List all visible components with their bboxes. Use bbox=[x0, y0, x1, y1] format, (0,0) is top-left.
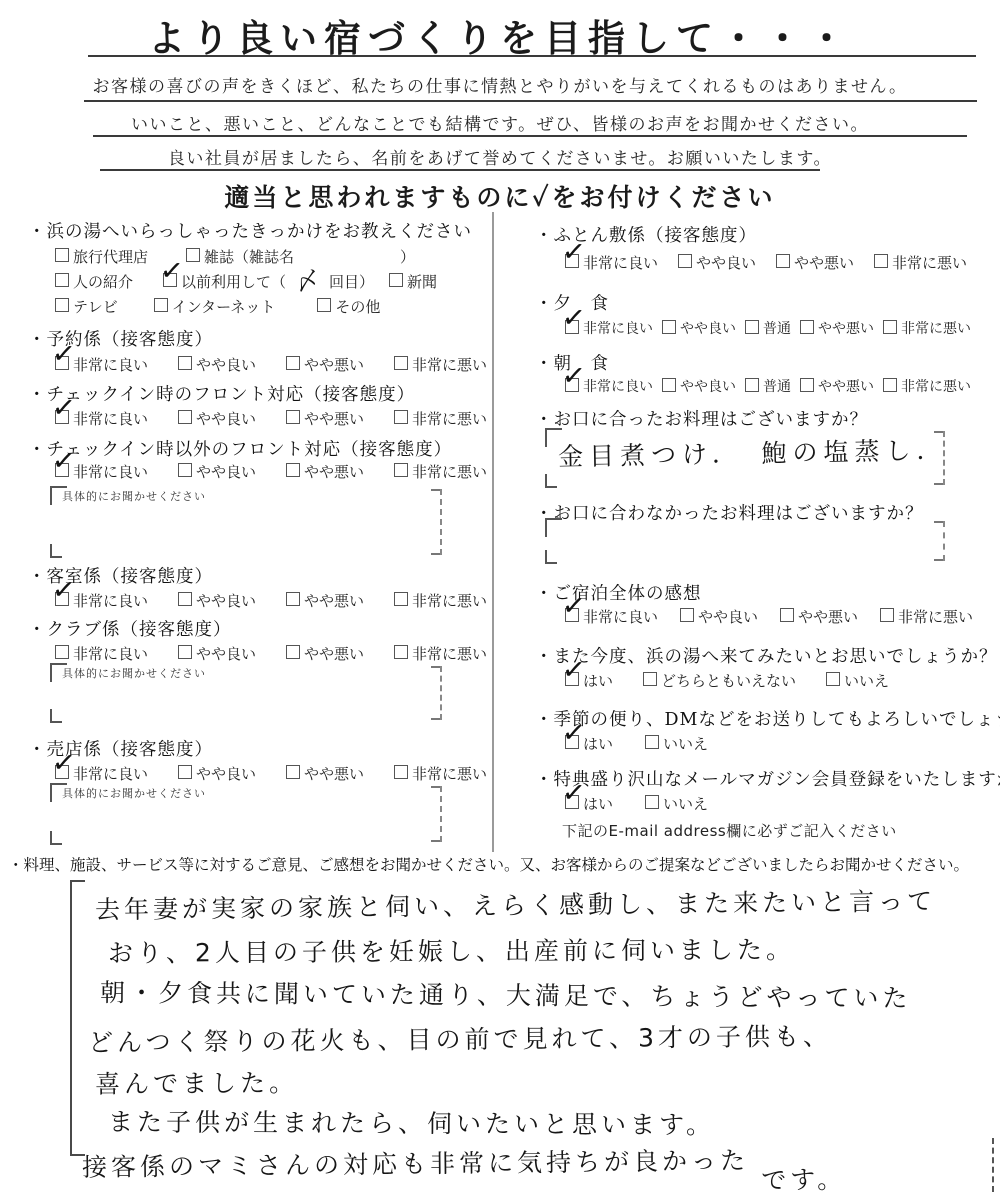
box-right-edge bbox=[433, 786, 442, 842]
option-internet[interactable]: インターネット bbox=[154, 296, 276, 317]
checkbox bbox=[883, 320, 897, 334]
checkbox bbox=[800, 378, 814, 392]
checkbox bbox=[394, 592, 408, 606]
rating-somewhat-bad[interactable]: やや悪い bbox=[286, 643, 364, 664]
rating-very-good[interactable]: ✓非常に良い bbox=[565, 318, 653, 338]
option-newspaper[interactable]: 新聞 bbox=[389, 271, 437, 292]
question-breakfast: ・朝 食 bbox=[535, 350, 609, 375]
column-divider bbox=[492, 212, 494, 852]
checkbox bbox=[745, 320, 759, 334]
mailmagazine-options: ✓はい いいえ bbox=[565, 793, 708, 814]
checkbox bbox=[826, 672, 840, 686]
rating-somewhat-bad[interactable]: やや悪い bbox=[800, 318, 874, 338]
checkbox bbox=[662, 320, 676, 334]
comment-box-right-bracket bbox=[984, 1138, 994, 1192]
rating-somewhat-good[interactable]: やや良い bbox=[178, 763, 256, 784]
rating-very-good[interactable]: ✓非常に良い bbox=[55, 354, 148, 375]
checkbox: ✓ bbox=[565, 254, 579, 268]
rating-very-good[interactable]: ✓非常に良い bbox=[55, 461, 148, 482]
rating-somewhat-good[interactable]: やや良い bbox=[178, 590, 256, 611]
box-right-edge bbox=[936, 521, 945, 561]
slogan-3: 良い社員が居ましたら、名前をあげて誉めてくださいませ。お願いいたします。 bbox=[0, 144, 1000, 169]
checkbox bbox=[745, 378, 759, 392]
checkbox: ✓ bbox=[565, 320, 579, 334]
box-right-edge bbox=[433, 489, 442, 555]
checkbox bbox=[776, 254, 790, 268]
checkbox bbox=[874, 254, 888, 268]
checkbox bbox=[880, 608, 894, 622]
checkin-front-options: ✓非常に良い やや良い やや悪い 非常に悪い bbox=[55, 408, 487, 429]
rating-somewhat-bad[interactable]: やや悪い bbox=[286, 408, 364, 429]
rating-somewhat-bad[interactable]: やや悪い bbox=[286, 354, 364, 375]
rating-average[interactable]: 普通 bbox=[745, 318, 791, 338]
checkbox bbox=[186, 248, 200, 262]
rating-somewhat-bad[interactable]: やや悪い bbox=[286, 461, 364, 482]
rating-very-good[interactable]: ✓非常に良い bbox=[55, 590, 148, 611]
checkbox: ✓ bbox=[55, 356, 69, 370]
rating-very-bad[interactable]: 非常に悪い bbox=[394, 763, 487, 784]
question-visit-source: ・浜の湯へいらっしゃったきっかけをお教えください bbox=[28, 218, 472, 243]
option-tv[interactable]: テレビ bbox=[55, 296, 118, 317]
rating-very-bad[interactable]: 非常に悪い bbox=[394, 461, 487, 482]
rating-somewhat-good[interactable]: やや良い bbox=[678, 252, 756, 273]
visit-source-row-3: テレビ インターネット その他 bbox=[55, 296, 380, 317]
rating-somewhat-good[interactable]: やや良い bbox=[178, 354, 256, 375]
rating-somewhat-bad[interactable]: やや悪い bbox=[286, 590, 364, 611]
question-front-other: ・チェックイン時以外のフロント対応（接客態度） bbox=[28, 436, 452, 461]
checkbox bbox=[55, 248, 69, 262]
rating-somewhat-good[interactable]: やや良い bbox=[662, 318, 736, 338]
rating-very-bad[interactable]: 非常に悪い bbox=[883, 318, 971, 338]
box-right-edge bbox=[433, 666, 442, 720]
handwritten-comment-line: どんつく祭りの花火も、目の前で見れて、3才の子供も、 bbox=[88, 1017, 832, 1059]
checkbox bbox=[800, 320, 814, 334]
visit-source-row-2: 人の紹介 ✓以前利用して（〆回目） 新聞 bbox=[55, 271, 437, 292]
question-club-staff: ・クラブ係（接客態度） bbox=[28, 616, 232, 641]
visit-source-row-1: 旅行代理店 雑誌（雑誌名 ） bbox=[55, 246, 415, 267]
rating-somewhat-bad[interactable]: やや悪い bbox=[286, 763, 364, 784]
question-dinner: ・夕 食 bbox=[535, 290, 609, 315]
option-magazine[interactable]: 雑誌（雑誌名 bbox=[186, 246, 294, 267]
rating-very-good[interactable]: 非常に良い bbox=[55, 643, 148, 664]
shop-staff-options: ✓非常に良い やや良い やや悪い 非常に悪い bbox=[55, 763, 487, 784]
handwritten-liked-dishes: 金目煮つけ． 鮑の塩蒸し． bbox=[558, 431, 948, 474]
detail-box-label: 具体的にお聞かせください bbox=[62, 488, 206, 504]
checkbox bbox=[394, 645, 408, 659]
rating-somewhat-bad[interactable]: やや悪い bbox=[800, 376, 874, 396]
page-title: より良い宿づくりを目指して・・・ bbox=[0, 8, 1000, 62]
checkbox: ✓ bbox=[163, 273, 177, 287]
rating-very-good[interactable]: ✓非常に良い bbox=[565, 606, 658, 627]
question-checkin-front: ・チェックイン時のフロント対応（接客態度） bbox=[28, 381, 415, 406]
checkbox bbox=[389, 273, 403, 287]
checkbox bbox=[643, 672, 657, 686]
divider-line bbox=[88, 55, 976, 57]
rating-very-good[interactable]: ✓非常に良い bbox=[55, 763, 148, 784]
checkbox bbox=[286, 410, 300, 424]
revisit-options: ✓はい どちらともいえない いいえ bbox=[565, 670, 889, 691]
checkbox bbox=[286, 592, 300, 606]
club-staff-options: 非常に良い やや良い やや悪い 非常に悪い bbox=[55, 643, 487, 664]
rating-very-bad[interactable]: 非常に悪い bbox=[394, 354, 487, 375]
checkbox bbox=[394, 356, 408, 370]
disliked-dishes-input-box[interactable] bbox=[545, 518, 945, 564]
checkbox bbox=[178, 592, 192, 606]
detail-box-label: 具体的にお聞かせください bbox=[62, 785, 206, 801]
rating-average[interactable]: 普通 bbox=[745, 376, 791, 396]
detail-input-box[interactable]: 具体的にお聞かせください bbox=[50, 486, 442, 558]
handwritten-comment-line: 朝・夕食共に聞いていた通り、大満足で、ちょうどやっていた bbox=[100, 973, 912, 1015]
rating-very-bad[interactable]: 非常に悪い bbox=[883, 376, 971, 396]
divider-line bbox=[93, 135, 967, 137]
rating-somewhat-bad[interactable]: やや悪い bbox=[780, 606, 858, 627]
option-yes[interactable]: ✓はい bbox=[565, 793, 613, 814]
detail-input-box[interactable]: 具体的にお聞かせください bbox=[50, 663, 442, 723]
checkbox bbox=[286, 765, 300, 779]
question-revisit: ・また今度、浜の湯へ来てみたいとお思いでしょうか？ bbox=[535, 643, 998, 668]
rating-very-bad[interactable]: 非常に悪い bbox=[880, 606, 973, 627]
question-room-staff: ・客室係（接客態度） bbox=[28, 563, 213, 588]
rating-very-good[interactable]: ✓非常に良い bbox=[55, 408, 148, 429]
checkbox bbox=[286, 645, 300, 659]
rating-very-bad[interactable]: 非常に悪い bbox=[874, 252, 967, 273]
email-note: 下記のE-mail address欄に必ずご記入ください bbox=[562, 820, 897, 841]
checkbox bbox=[178, 356, 192, 370]
question-futon-staff: ・ふとん敷係（接客態度） bbox=[535, 222, 757, 247]
checkbox bbox=[55, 273, 69, 287]
rating-very-bad[interactable]: 非常に悪い bbox=[394, 643, 487, 664]
rating-very-bad[interactable]: 非常に悪い bbox=[394, 408, 487, 429]
question-overall: ・ご宿泊全体の感想 bbox=[535, 580, 702, 605]
checkbox: ✓ bbox=[565, 672, 579, 686]
checkbox bbox=[394, 410, 408, 424]
option-travel-agency[interactable]: 旅行代理店 bbox=[55, 246, 148, 267]
option-no[interactable]: いいえ bbox=[826, 670, 889, 691]
option-no[interactable]: いいえ bbox=[645, 793, 708, 814]
futon-staff-options: ✓非常に良い やや良い やや悪い 非常に悪い bbox=[565, 252, 967, 273]
option-yes[interactable]: ✓はい bbox=[565, 733, 613, 754]
option-neither[interactable]: どちらともいえない bbox=[643, 670, 796, 691]
survey-form: より良い宿づくりを目指して・・・ お客様の喜びの声をきくほど、私たちの仕事に情熱… bbox=[0, 0, 1000, 1192]
rating-very-good[interactable]: ✓非常に良い bbox=[565, 252, 658, 273]
option-referral[interactable]: 人の紹介 bbox=[55, 271, 133, 292]
checkbox bbox=[645, 735, 659, 749]
comment-prompt: ・料理、施設、サービス等に対するご意見、ご感想をお聞かせください。又、お客様から… bbox=[8, 853, 969, 875]
rating-very-good[interactable]: ✓非常に良い bbox=[565, 376, 653, 396]
handwritten-comment-line: おり、2人目の子供を妊娠し、出産前に伺いました。 bbox=[108, 930, 795, 970]
checkbox bbox=[55, 298, 69, 312]
handwritten-comment-line: また子供が生まれたら、伺いたいと思います。 bbox=[108, 1102, 715, 1141]
option-other[interactable]: その他 bbox=[317, 296, 380, 317]
handwritten-comment-tail: です。 bbox=[761, 1160, 846, 1192]
checkbox bbox=[678, 254, 692, 268]
handwritten-comment-line: 去年妻が実家の家族と伺い、えらく感動し、また来たいと言って bbox=[95, 882, 936, 927]
divider-line bbox=[100, 169, 820, 171]
checkbox bbox=[780, 608, 794, 622]
checkbox: ✓ bbox=[565, 378, 579, 392]
magazine-paren-close: ） bbox=[400, 246, 415, 267]
checkbox bbox=[178, 463, 192, 477]
handwritten-comment-line: 接客係のマミさんの対応も非常に気持ちが良かったです。 bbox=[82, 1140, 834, 1184]
detail-box-label: 具体的にお聞かせください bbox=[62, 665, 206, 681]
slogan-2: いいこと、悪いこと、どんなことでも結構です。ぜひ、皆様のお声をお聞かせください。 bbox=[0, 110, 1000, 135]
checkbox bbox=[178, 765, 192, 779]
checkbox bbox=[645, 795, 659, 809]
handwritten-comment-line: 喜んでました。 bbox=[95, 1063, 298, 1100]
front-other-options: ✓非常に良い やや良い やや悪い 非常に悪い bbox=[55, 461, 487, 482]
checkbox bbox=[662, 378, 676, 392]
rating-somewhat-good[interactable]: やや良い bbox=[178, 643, 256, 664]
rating-somewhat-good[interactable]: やや良い bbox=[680, 606, 758, 627]
question-dm: ・季節の便り、DMなどをお送りしてもよろしいでしょうか？ bbox=[535, 706, 1000, 731]
checkbox: ✓ bbox=[55, 765, 69, 779]
checkbox bbox=[178, 645, 192, 659]
dm-options: ✓はい いいえ bbox=[565, 733, 708, 754]
option-no[interactable]: いいえ bbox=[645, 733, 708, 754]
breakfast-options: ✓非常に良い やや良い 普通 やや悪い 非常に悪い bbox=[565, 376, 971, 396]
question-reservation: ・予約係（接客態度） bbox=[28, 326, 213, 351]
checkbox: ✓ bbox=[565, 608, 579, 622]
slogan-1: お客様の喜びの声をきくほど、私たちの仕事に情熱とやりがいを与えてくれるものはあり… bbox=[0, 72, 1000, 97]
checkbox: ✓ bbox=[55, 592, 69, 606]
rating-somewhat-good[interactable]: やや良い bbox=[178, 461, 256, 482]
option-repeat-visit[interactable]: ✓以前利用して（〆回目） bbox=[163, 271, 374, 292]
checkbox: ✓ bbox=[55, 463, 69, 477]
checkbox: ✓ bbox=[565, 735, 579, 749]
overall-options: ✓非常に良い やや良い やや悪い 非常に悪い bbox=[565, 606, 973, 627]
checkbox bbox=[55, 645, 69, 659]
checkbox bbox=[154, 298, 168, 312]
rating-somewhat-bad[interactable]: やや悪い bbox=[776, 252, 854, 273]
checkbox bbox=[680, 608, 694, 622]
checkbox bbox=[394, 765, 408, 779]
handwritten-visit-count: 〆 bbox=[295, 271, 321, 293]
question-shop-staff: ・売店係（接客態度） bbox=[28, 736, 213, 761]
checkbox: ✓ bbox=[55, 410, 69, 424]
checkbox bbox=[394, 463, 408, 477]
rating-somewhat-good[interactable]: やや良い bbox=[662, 376, 736, 396]
reservation-options: ✓非常に良い やや良い やや悪い 非常に悪い bbox=[55, 354, 487, 375]
checkbox bbox=[883, 378, 897, 392]
divider-line bbox=[84, 100, 977, 102]
question-mailmagazine: ・特典盛り沢山なメールマガジン会員登録をいたしますか？ bbox=[535, 766, 1000, 791]
checkbox bbox=[286, 356, 300, 370]
checkbox: ✓ bbox=[565, 795, 579, 809]
detail-input-box[interactable]: 具体的にお聞かせください bbox=[50, 783, 442, 845]
rating-somewhat-good[interactable]: やや良い bbox=[178, 408, 256, 429]
comment-box-left-bracket bbox=[70, 880, 85, 1156]
instruction-subtitle: 適当と思われますものに✓をお付けください bbox=[0, 178, 1000, 214]
rating-very-bad[interactable]: 非常に悪い bbox=[394, 590, 487, 611]
checkbox bbox=[317, 298, 331, 312]
checkbox bbox=[286, 463, 300, 477]
option-yes[interactable]: ✓はい bbox=[565, 670, 613, 691]
checkbox bbox=[178, 410, 192, 424]
dinner-options: ✓非常に良い やや良い 普通 やや悪い 非常に悪い bbox=[565, 318, 971, 338]
room-staff-options: ✓非常に良い やや良い やや悪い 非常に悪い bbox=[55, 590, 487, 611]
